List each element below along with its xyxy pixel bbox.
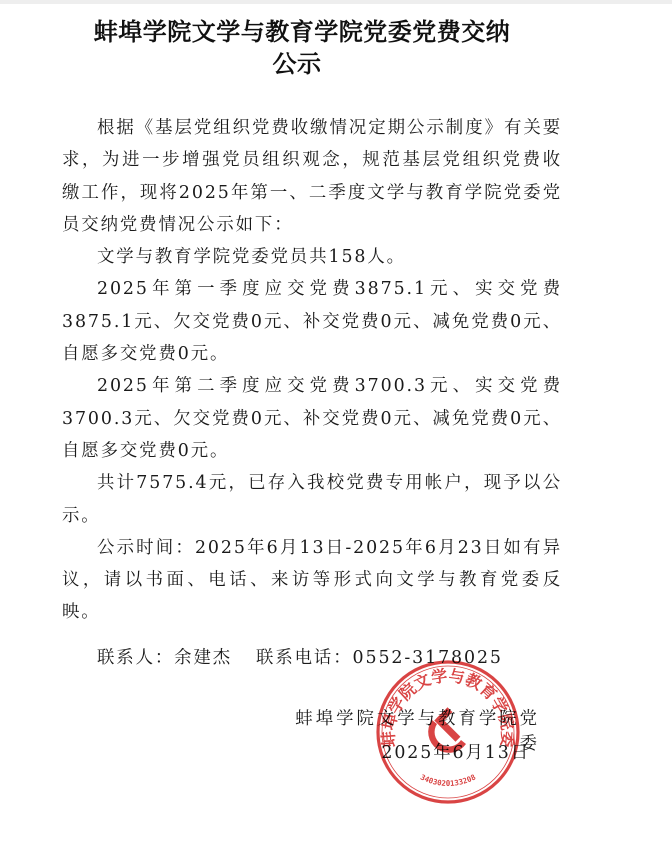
contact-person-label: 联系人： [97, 648, 174, 668]
seal-text: 中共蚌埠学院文学与教育学院委员会 [374, 658, 517, 748]
seal-code: 3403020133208 [419, 772, 478, 788]
contact-person: 余建杰 [174, 648, 232, 668]
contact-phone-label: 联系电话： [256, 648, 352, 668]
paragraph-total: 共计7575.4元，已存入我校党费专用帐户，现予以公示。 [62, 467, 562, 532]
document-title: 蚌埠学院文学与教育学院党委党费交纳 [0, 12, 638, 47]
svg-text:3403020133208: 3403020133208 [419, 772, 478, 788]
document-title-line2: 公示 [0, 44, 633, 79]
official-seal-stamp: 中共蚌埠学院文学与教育学院委员会 3403020133208 [374, 658, 522, 806]
paragraph-q2-fees: 2025年第二季度应交党费3700.3元、实交党费3700.3元、欠交党费0元、… [62, 370, 562, 467]
svg-text:中共蚌埠学院文学与教育学院委员会: 中共蚌埠学院文学与教育学院委员会 [374, 658, 517, 748]
paragraph-q1-fees: 2025年第一季度应交党费3875.1元、实交党费3875.1元、欠交党费0元、… [62, 273, 562, 370]
document-body: 根据《基层党组织党费收缴情况定期公示制度》有关要求，为进一步增强党员组织观念，规… [62, 112, 562, 629]
paragraph-intro: 根据《基层党组织党费收缴情况定期公示制度》有关要求，为进一步增强党员组织观念，规… [62, 112, 562, 241]
hammer-sickle-icon [428, 707, 466, 753]
top-edge [0, 0, 672, 4]
paragraph-member-count: 文学与教育学院党委党员共158人。 [62, 241, 562, 273]
paragraph-notice-period: 公示时间：2025年6月13日-2025年6月23日如有异议，请以书面、电话、来… [62, 532, 562, 629]
